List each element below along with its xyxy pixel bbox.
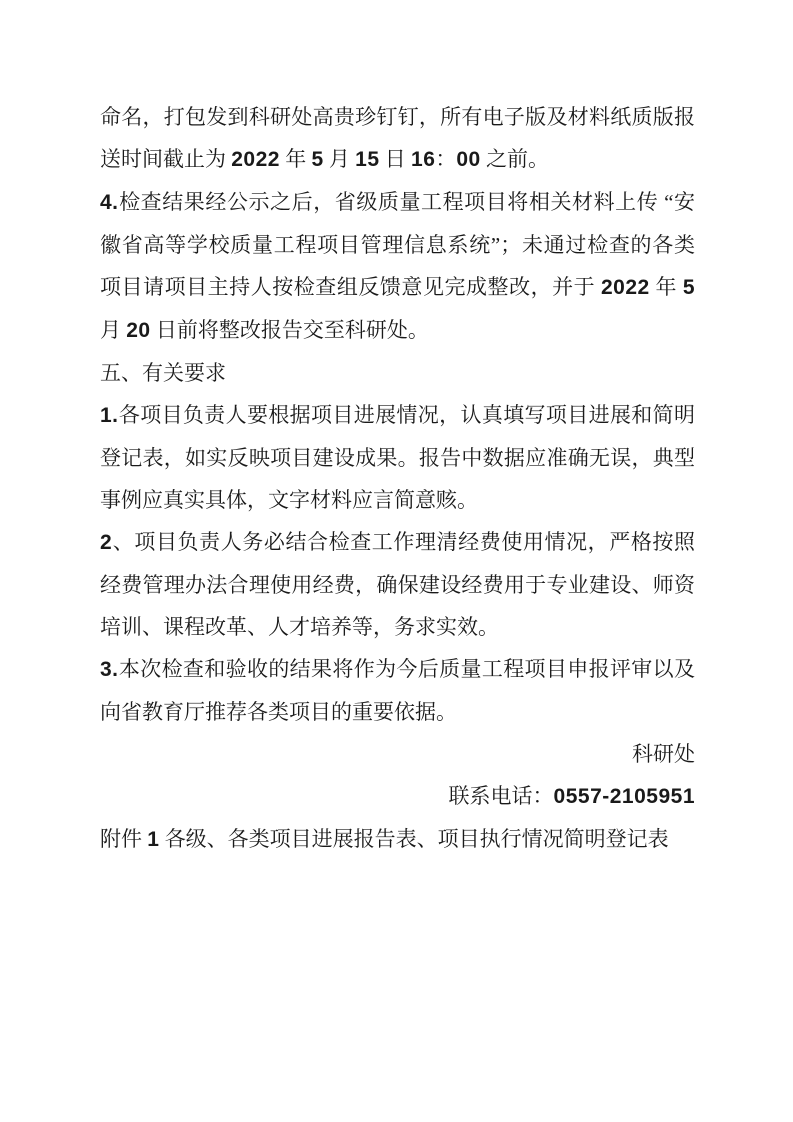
para-requirement-1: 1.各项目负责人要根据项目进展情况，认真填写项目进展和简明登记表，如实反映项目建… xyxy=(100,394,695,521)
text-segment: 1 xyxy=(147,828,159,851)
text-segment: 1. xyxy=(100,404,119,427)
para-item-4: 4.检查结果经公示之后，省级质量工程项目将相关材料上传 “安徽省高等学校质量工程… xyxy=(100,181,695,352)
contact-phone: 联系电话：0557-2105951 xyxy=(100,775,695,818)
text-segment: 科研处 xyxy=(632,742,695,766)
text-segment: 5 xyxy=(683,276,695,299)
text-segment: 2022 xyxy=(601,276,650,299)
attachment-note: 附件 1 各级、各类项目进展报告表、项目执行情况简明登记表 xyxy=(100,818,695,861)
text-segment: 5 xyxy=(311,148,323,171)
text-segment: 0557-2105951 xyxy=(554,785,695,808)
heading-section-5: 五、有关要求 xyxy=(100,352,695,394)
text-segment: 年 xyxy=(650,275,683,299)
para-requirement-2: 2、项目负责人务必结合检查工作理清经费使用情况，严格按照经费管理办法合理使用经费… xyxy=(100,521,695,648)
text-segment: 之前。 xyxy=(481,147,549,171)
text-segment: 本次检查和验收的结果将作为今后质量工程项目申报评审以及向省教育厅推荐各类项目的重… xyxy=(100,657,695,724)
text-segment: 联系电话： xyxy=(449,784,554,808)
signature-department: 科研处 xyxy=(100,733,695,775)
text-segment: 15 xyxy=(355,148,379,171)
text-segment: 附件 xyxy=(100,827,147,851)
text-segment: 00 xyxy=(456,148,480,171)
text-segment: 日前将整改报告交至科研处。 xyxy=(151,318,429,342)
text-segment: 各项目负责人要根据项目进展情况，认真填写项目进展和简明登记表，如实反映项目建设成… xyxy=(100,403,695,512)
text-segment: 2022 xyxy=(231,148,280,171)
document-body: 命名，打包发到科研处高贵珍钉钉，所有电子版及材料纸质版报送时间截止为 2022 … xyxy=(100,96,695,861)
text-segment: 日 xyxy=(380,147,412,171)
text-segment: 年 xyxy=(280,147,312,171)
text-segment: 各级、各类项目进展报告表、项目执行情况简明登记表 xyxy=(159,827,668,851)
text-segment: 16 xyxy=(411,148,435,171)
text-segment: 4. xyxy=(100,191,119,214)
text-segment: 20 xyxy=(126,319,150,342)
text-segment: 、项目负责人务必结合检查工作理清经费使用情况，严格按照经费管理办法合理使用经费，… xyxy=(100,530,695,639)
para-submission-deadline: 命名，打包发到科研处高贵珍钉钉，所有电子版及材料纸质版报送时间截止为 2022 … xyxy=(100,96,695,181)
text-segment: 月 xyxy=(324,147,356,171)
text-segment: 五、有关要求 xyxy=(100,361,226,385)
text-segment: 3. xyxy=(100,658,119,681)
para-requirement-3: 3.本次检查和验收的结果将作为今后质量工程项目申报评审以及向省教育厅推荐各类项目… xyxy=(100,648,695,733)
document-page: 命名，打包发到科研处高贵珍钉钉，所有电子版及材料纸质版报送时间截止为 2022 … xyxy=(0,0,793,1122)
text-segment: ： xyxy=(435,147,456,171)
text-segment: 2 xyxy=(100,531,112,554)
